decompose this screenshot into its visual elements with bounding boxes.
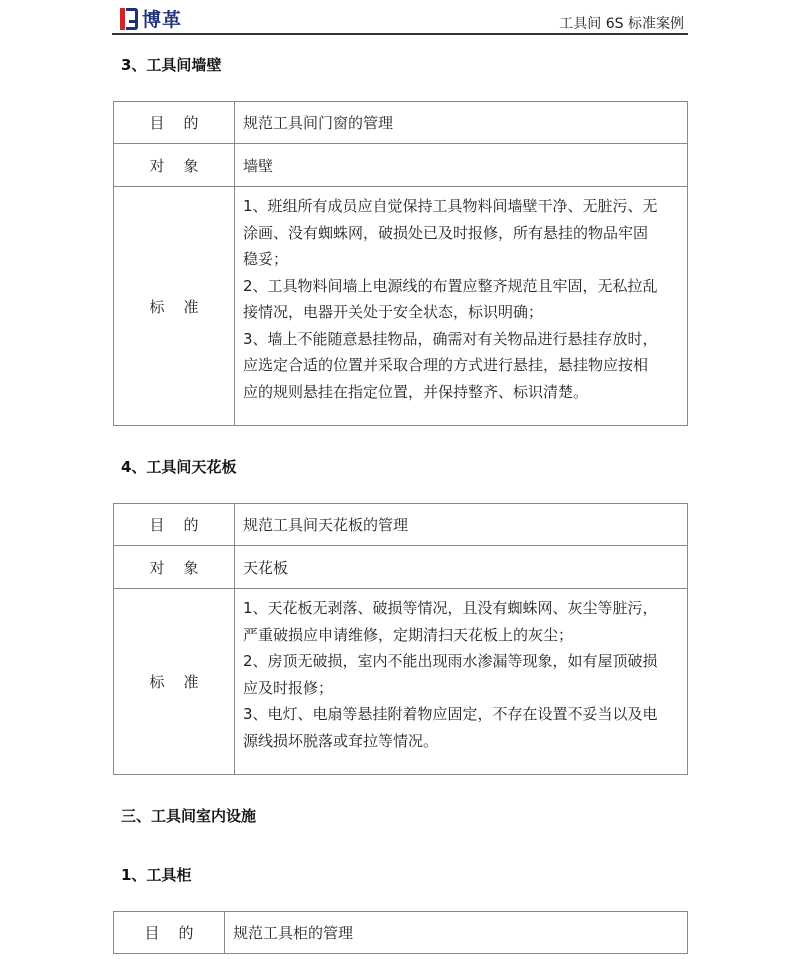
object-label: 对 象 (114, 144, 235, 187)
company-logo: 博革 (120, 5, 182, 32)
section-heading-ceiling: 4、工具间天花板 (121, 456, 236, 477)
purpose-label: 目 的 (114, 102, 235, 144)
table-row-standard: 标 准 1、班组所有成员应自觉保持工具物料间墙壁干净、无脏污、无 涂画、没有蜘蛛… (114, 187, 688, 426)
section-heading-wall: 3、工具间墙壁 (121, 54, 221, 75)
chapter-heading-indoor-facilities: 三、工具间室内设施 (121, 805, 256, 826)
table-row-purpose: 目 的 规范工具间门窗的管理 (114, 102, 688, 144)
purpose-label: 目 的 (114, 912, 225, 954)
tool-cabinet-standard-table: 目 的 规范工具柜的管理 (113, 911, 688, 954)
purpose-value: 规范工具间门窗的管理 (235, 102, 688, 144)
purpose-value: 规范工具间天花板的管理 (235, 504, 688, 546)
table-row-object: 对 象 墙壁 (114, 144, 688, 187)
standard-label: 标 准 (114, 187, 235, 426)
ceiling-standard-table: 目 的 规范工具间天花板的管理 对 象 天花板 标 准 1、天花板无剥落、破损等… (113, 503, 688, 775)
section-heading-tool-cabinet: 1、工具柜 (121, 864, 191, 885)
object-value: 墙壁 (235, 144, 688, 187)
table-row-standard: 标 准 1、天花板无剥落、破损等情况，且没有蜘蛛网、灰尘等脏污， 严重破损应申请… (114, 589, 688, 775)
table-row-purpose: 目 的 规范工具间天花板的管理 (114, 504, 688, 546)
standard-text: 1、天花板无剥落、破损等情况，且没有蜘蛛网、灰尘等脏污， 严重破损应申请维修，定… (235, 589, 688, 775)
purpose-label: 目 的 (114, 504, 235, 546)
object-label: 对 象 (114, 546, 235, 589)
logo-mark-icon (120, 8, 138, 30)
page-header: 博革 工具间 6S 标准案例 (112, 0, 688, 36)
standard-text: 1、班组所有成员应自觉保持工具物料间墙壁干净、无脏污、无 涂画、没有蜘蛛网，破损… (235, 187, 688, 426)
table-row-object: 对 象 天花板 (114, 546, 688, 589)
purpose-value: 规范工具柜的管理 (225, 912, 688, 954)
document-title: 工具间 6S 标准案例 (559, 13, 684, 33)
wall-standard-table: 目 的 规范工具间门窗的管理 对 象 墙壁 标 准 1、班组所有成员应自觉保持工… (113, 101, 688, 426)
logo-text: 博革 (142, 5, 182, 32)
header-divider (112, 33, 688, 35)
object-value: 天花板 (235, 546, 688, 589)
standard-label: 标 准 (114, 589, 235, 775)
table-row-purpose: 目 的 规范工具柜的管理 (114, 912, 688, 954)
